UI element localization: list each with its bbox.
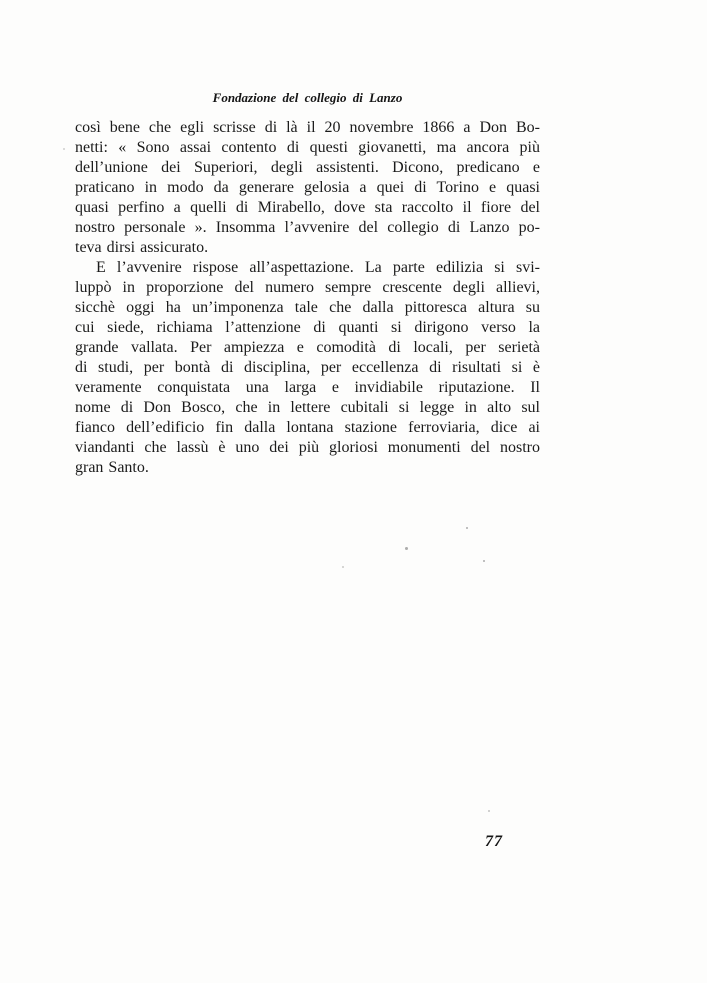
text-line: quasi perfino a quelli di Mirabello, dov… xyxy=(75,198,540,218)
scan-speck xyxy=(483,560,485,562)
scan-speck xyxy=(466,527,468,529)
scan-speck xyxy=(405,547,408,550)
scan-speck xyxy=(63,148,65,150)
scan-speck xyxy=(342,566,344,568)
text-line: luppò in proporzione del numero sempre c… xyxy=(75,278,540,298)
text-line: di studi, per bontà di disciplina, per e… xyxy=(75,358,540,378)
text-line: viandanti che lassù è uno dei più glorio… xyxy=(75,438,540,458)
text-line: così bene che egli scrisse di là il 20 n… xyxy=(75,118,540,138)
text-line: teva dirsi assicurato. xyxy=(75,238,540,258)
text-line: grande vallata. Per ampiezza e comodità … xyxy=(75,338,540,358)
book-page: Fondazione del collegio di Lanzo così be… xyxy=(0,0,707,983)
text-line: nome di Don Bosco, che in lettere cubita… xyxy=(75,398,540,418)
text-line: fianco dell’edificio fin dalla lontana s… xyxy=(75,418,540,438)
running-header: Fondazione del collegio di Lanzo xyxy=(75,90,540,105)
text-block: così bene che egli scrisse di là il 20 n… xyxy=(75,118,540,478)
page-number: 77 xyxy=(485,833,503,851)
text-line: netti: « Sono assai contento di questi g… xyxy=(75,138,540,158)
text-line: E l’avvenire rispose all’aspettazione. L… xyxy=(75,258,540,278)
text-line: veramente conquistata una larga e invidi… xyxy=(75,378,540,398)
text-line: praticano in modo da generare gelosia a … xyxy=(75,178,540,198)
scan-speck xyxy=(488,810,490,812)
text-line: nostro personale ». Insomma l’avvenire d… xyxy=(75,218,540,238)
text-line: cui siede, richiama l’attenzione di quan… xyxy=(75,318,540,338)
text-line: gran Santo. xyxy=(75,458,540,478)
text-line: dell’unione dei Superiori, degli assiste… xyxy=(75,158,540,178)
text-line: sicchè oggi ha un’imponenza tale che dal… xyxy=(75,298,540,318)
